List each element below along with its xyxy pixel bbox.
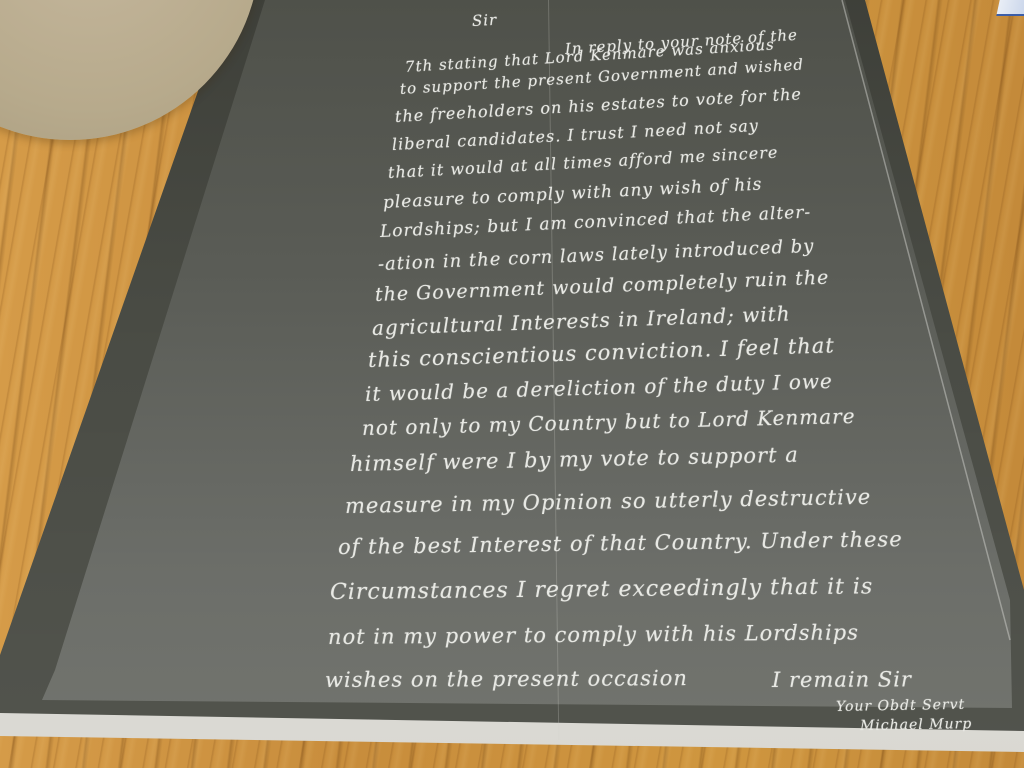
letter-closing: I remain Sir <box>772 667 912 692</box>
letter-valediction: Your Obdt Servt <box>836 697 965 715</box>
letter-line: wishes on the present occasion <box>325 666 688 692</box>
letter-line: this conscientious conviction. I feel th… <box>368 333 835 372</box>
letter-line: the Government would completely ruin the <box>375 267 830 306</box>
letter-line: agricultural Interests in Ireland; with <box>372 301 791 340</box>
letter-line: himself were I by my vote to support a <box>350 443 799 476</box>
photo-scene: Sir In reply to your note of the 7th sta… <box>0 0 1024 768</box>
letter-signature: Michael Murp <box>860 716 973 734</box>
letter-line: of the best Interest of that Country. Un… <box>338 527 903 559</box>
letter-line: not only to my Country but to Lord Kenma… <box>362 404 856 440</box>
letter-line: Circumstances I regret exceedingly that … <box>330 574 873 605</box>
letter-line: not in my power to comply with his Lords… <box>328 620 859 649</box>
letter-salutation: Sir <box>472 11 498 30</box>
handwritten-letter: Sir In reply to your note of the 7th sta… <box>0 0 1024 768</box>
letter-line: it would be a dereliction of the duty I … <box>365 369 833 406</box>
letter-line: measure in my Opinion so utterly destruc… <box>345 485 872 518</box>
